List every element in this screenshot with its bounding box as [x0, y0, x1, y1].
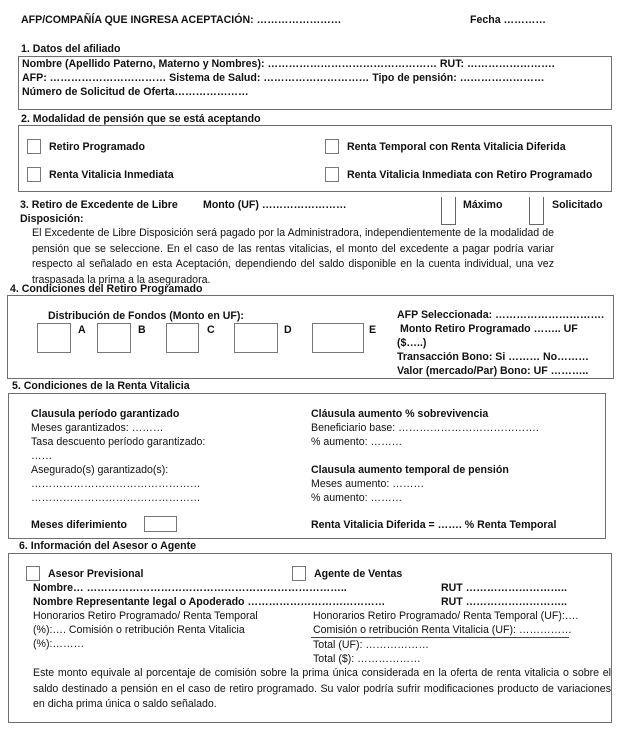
- aumento-pct-field-1[interactable]: % aumento: ………: [311, 436, 402, 448]
- fund-a-input[interactable]: [37, 323, 71, 353]
- section4-title: 4. Condiciones del Retiro Programado: [10, 283, 203, 295]
- rv-diferida-field[interactable]: Renta Vitalicia Diferida = ……. % Renta T…: [311, 519, 556, 531]
- fund-e-input[interactable]: [312, 323, 364, 353]
- agente-ventas-label: Agente de Ventas: [314, 568, 402, 580]
- fund-a-label: A: [78, 324, 86, 336]
- fund-d-label: D: [284, 324, 292, 336]
- checkbox-rvi-retiro-programado[interactable]: [325, 167, 339, 182]
- transaccion-bono-field[interactable]: Transacción Bono: Si ……… No………: [397, 351, 589, 363]
- solicitado-label: Solicitado: [552, 199, 603, 211]
- meses-aumento-field[interactable]: Meses aumento: ………: [311, 478, 424, 490]
- comision-pct-field[interactable]: (%):…. Comisión o retribución Renta Vita…: [33, 624, 245, 636]
- meses-garantizados-field[interactable]: Meses garantizados: ………: [31, 422, 163, 434]
- section6-title: 6. Información del Asesor o Agente: [19, 540, 196, 552]
- maximo-checkbox[interactable]: [441, 197, 456, 225]
- meses-diferimiento-input[interactable]: [144, 516, 177, 532]
- section3-title: 3. Retiro de Excedente de Libre: [20, 199, 178, 211]
- checkbox-renta-vitalicia-inmediata[interactable]: [27, 167, 41, 182]
- monto-pesos-field[interactable]: ($…..): [397, 337, 426, 349]
- periodo-garantizado-heading: Clausula período garantizado: [31, 408, 179, 420]
- asegurado-field-1[interactable]: …………………………………………: [31, 478, 201, 490]
- checkbox-renta-temporal-diferida[interactable]: [325, 139, 339, 154]
- fund-e-label: E: [369, 324, 376, 336]
- asegurados-label: Asegurado(s) garantizado(s):: [31, 464, 168, 476]
- total-uf-field[interactable]: Total (UF): ………………: [313, 639, 429, 651]
- beneficiario-base-field[interactable]: Beneficiario base: ………………………………….: [311, 422, 539, 434]
- representante-rut-field[interactable]: RUT ………………………..: [441, 596, 567, 608]
- solicitado-checkbox[interactable]: [529, 197, 544, 225]
- asesor-nombre-field[interactable]: Nombre… ………………………………………………………………..: [33, 582, 347, 594]
- aumento-pct-field-2[interactable]: % aumento: ………: [311, 492, 402, 504]
- fund-c-label: C: [207, 324, 215, 336]
- option-label: Renta Vitalicia Inmediata con Retiro Pro…: [347, 169, 592, 181]
- option-label: Renta Vitalicia Inmediata: [49, 169, 174, 181]
- comision-uf-field[interactable]: Comisión o retribución Renta Vitalicia (…: [313, 624, 572, 636]
- meses-diferimiento-label: Meses diferimiento: [31, 519, 127, 531]
- checkbox-retiro-programado[interactable]: [27, 139, 41, 154]
- fund-b-input[interactable]: [97, 323, 131, 353]
- afp-salud-tipo-field[interactable]: AFP: …………………………… Sistema de Salud: ………………: [22, 72, 544, 84]
- nombre-rut-field[interactable]: Nombre (Apellido Paterno, Materno y Nomb…: [22, 58, 555, 70]
- option-label: Retiro Programado: [49, 141, 145, 153]
- total-pesos-field[interactable]: Total ($): ………………: [313, 653, 421, 665]
- section3-title-cont: Disposición:: [20, 213, 84, 225]
- aumento-temporal-heading: Clausula aumento temporal de pensión: [311, 464, 509, 476]
- fecha-field[interactable]: Fecha …………: [470, 14, 546, 26]
- tasa-descuento-field[interactable]: ……: [31, 450, 52, 462]
- distribucion-label: Distribución de Fondos (Monto en UF):: [48, 310, 244, 322]
- valor-bono-field[interactable]: Valor (mercado/Par) Bono: UF ………..: [397, 365, 588, 377]
- maximo-label: Máximo: [463, 199, 502, 211]
- solicitud-oferta-field[interactable]: Número de Solicitud de Oferta…………………: [22, 86, 249, 98]
- monto-retiro-programado-field[interactable]: Monto Retiro Programado …….. UF: [400, 323, 578, 335]
- section1-title: 1. Datos del afiliado: [21, 43, 121, 55]
- asesor-previsional-label: Asesor Previsional: [48, 568, 143, 580]
- comision-pct-value[interactable]: (%):………: [33, 638, 84, 650]
- asesor-rut-field[interactable]: RUT ………………………..: [441, 582, 567, 594]
- sum-divider-line: [311, 637, 569, 638]
- section2-box: [18, 125, 612, 192]
- afp-seleccionada-field[interactable]: AFP Seleccionada: ………………………….: [397, 309, 604, 321]
- representante-field[interactable]: Nombre Representante legal o Apoderado ……: [33, 596, 385, 608]
- agente-ventas-checkbox[interactable]: [292, 566, 306, 581]
- honorarios-pct-label: Honorarios Retiro Programado/ Renta Temp…: [33, 610, 258, 622]
- afp-company-field[interactable]: AFP/COMPAÑÍA QUE INGRESA ACEPTACIÓN: …………: [21, 14, 341, 26]
- fund-c-input[interactable]: [166, 323, 199, 353]
- fund-b-label: B: [138, 324, 146, 336]
- fund-d-input[interactable]: [234, 323, 278, 353]
- asegurado-field-2[interactable]: …………………………………………: [31, 492, 201, 504]
- tasa-descuento-label: Tasa descuento período garantizado:: [31, 436, 205, 448]
- option-label: Renta Temporal con Renta Vitalicia Difer…: [347, 141, 566, 153]
- section3-paragraph: El Excedente de Libre Disposición será p…: [32, 226, 554, 288]
- aumento-sobrevivencia-heading: Cláusula aumento % sobrevivencia: [311, 408, 488, 420]
- asesor-previsional-checkbox[interactable]: [26, 566, 40, 581]
- section5-title: 5. Condiciones de la Renta Vitalicia: [12, 380, 190, 392]
- section2-title: 2. Modalidad de pensión que se está acep…: [21, 113, 261, 125]
- honorarios-uf-field[interactable]: Honorarios Retiro Programado/ Renta Temp…: [313, 610, 578, 622]
- monto-uf-field[interactable]: Monto (UF) ……………………: [203, 199, 347, 211]
- section6-paragraph: Este monto equivale al porcentaje de com…: [33, 666, 611, 713]
